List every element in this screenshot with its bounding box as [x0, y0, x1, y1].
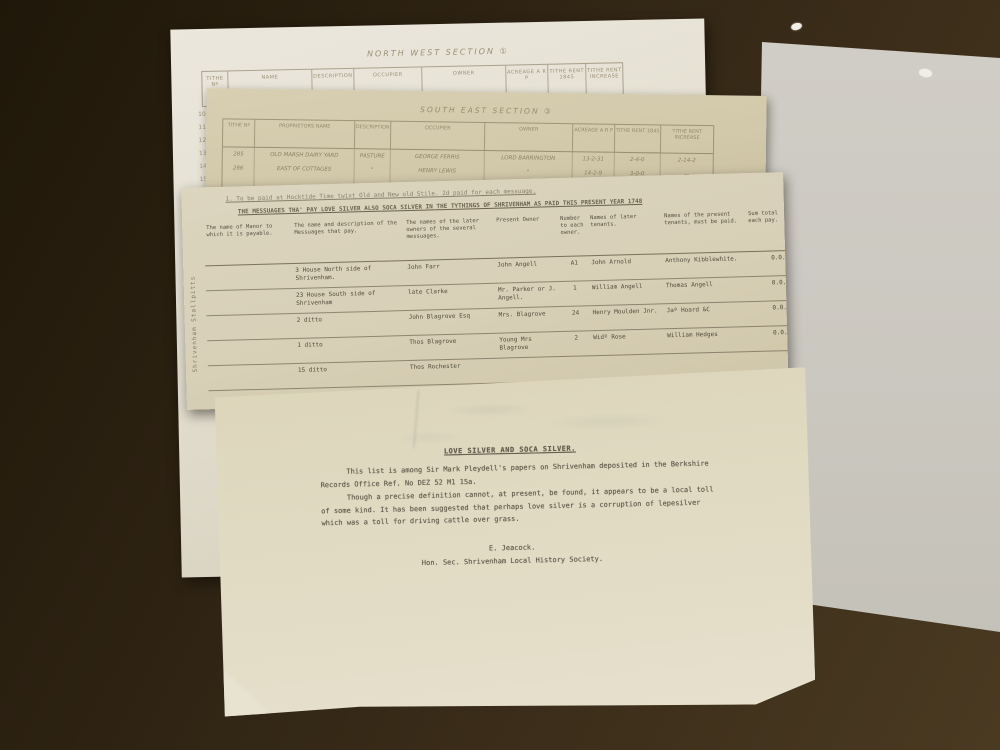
- table-cell: Anthony Kibblewhite.: [663, 252, 748, 279]
- sheet-title: NORTH WEST SECTION ①: [171, 42, 705, 62]
- messuages-table: The name of Manor to which it is payable…: [204, 208, 789, 391]
- paper-speck: [790, 22, 802, 32]
- table-cell: 0.0.6: [748, 301, 788, 327]
- table-cell: 286: [223, 161, 255, 175]
- table-cell: GEORGE FERRIS: [391, 150, 485, 165]
- table-cell: William Hedges: [665, 327, 750, 354]
- column-header: Names of later tenants.: [588, 211, 663, 256]
- table-cell: John Angell: [495, 257, 560, 284]
- table-cell: [207, 314, 296, 341]
- table-cell: 13-2-31: [573, 152, 615, 167]
- signature-block: E. Jeacock. Hon. Sec. Shrivenham Local H…: [212, 535, 812, 575]
- column-header: TITHE RENT 1845: [615, 125, 661, 154]
- column-header: Number to each owner.: [558, 213, 589, 257]
- table-cell: [207, 339, 296, 366]
- sheet-title: SOUTH EAST SECTION ③: [206, 102, 766, 119]
- table-cell: LORD BARRINGTON: [485, 151, 573, 166]
- table-cell: [205, 264, 294, 291]
- column-header: Present Owner: [494, 214, 559, 259]
- table-cell: 2-4-0: [615, 153, 661, 168]
- table-cell: Thomas Angell: [664, 277, 749, 304]
- table-cell: Thos Blagrove: [407, 334, 498, 361]
- table-cell: [498, 357, 563, 384]
- table-cell: HENRY LEWIS: [391, 164, 485, 179]
- column-header: PROPRIETORS NAME: [255, 120, 355, 149]
- table-cell: John Farr: [405, 259, 496, 286]
- table-cell: OLD MARSH DAIRY YARD: [255, 148, 355, 163]
- table-cell: 0.0.2: [748, 276, 789, 302]
- payment-note-line: 1. To be paid at Hocktide Time twixt Old…: [225, 188, 536, 203]
- row-number: 11: [198, 124, 206, 131]
- table-cell: EAST OF COTTAGES: [255, 162, 355, 177]
- photograph-of-documents: NORTH WEST SECTION ① TITHE Nº NAME DESCR…: [0, 0, 1000, 750]
- table-cell: John Arnold: [589, 254, 664, 281]
- table-cell: late Clarke: [406, 284, 497, 311]
- table-cell: [206, 289, 295, 316]
- column-header: ACREAGE A R P: [573, 124, 615, 153]
- table-cell: William Angell: [590, 279, 665, 306]
- table-cell: PASTURE: [355, 149, 391, 164]
- column-header: DESCRIPTION: [355, 121, 391, 149]
- table-cell: 3 House North side of Shrivenham.: [293, 261, 406, 289]
- table-cell: John Blagrove Esq: [406, 309, 497, 336]
- row-number: 10: [198, 111, 206, 118]
- column-header: OWNER: [485, 123, 573, 152]
- table-cell: Mrs. Blagrove: [496, 307, 561, 334]
- table-cell: 23 House South side of Shrivenham: [294, 286, 407, 314]
- column-header: The names of the later owners of the sev…: [404, 216, 495, 261]
- table-cell: 1: [560, 281, 591, 307]
- table-cell: ": [355, 163, 391, 178]
- note-body: This list is among Sir Mark Pleydell's p…: [320, 457, 721, 531]
- table-cell: 285: [223, 147, 255, 161]
- table-cell: 2-14-2: [661, 153, 713, 168]
- table-cell: Widº Rose: [591, 329, 666, 356]
- note-paragraph: Though a precise definition cannot, at p…: [321, 483, 722, 530]
- column-header: TITHE RENT INCREASE: [661, 125, 713, 154]
- table-cell: Thos Rochester: [408, 359, 499, 386]
- table-cell: A1: [559, 256, 590, 282]
- table-cell: 24: [560, 306, 591, 332]
- column-header: Names of the present tenants, must be pa…: [662, 209, 747, 254]
- table-cell: [562, 356, 593, 382]
- column-header: TITHE Nº: [223, 119, 255, 147]
- table-cell: Jaº Hoard &C: [664, 302, 749, 329]
- table-cell: Henry Moulden Jnr.: [590, 304, 665, 331]
- table-cell: [208, 364, 297, 391]
- manor-name-vertical: Shrivenham Stallpitts: [189, 276, 199, 373]
- column-header: OCCUPIER: [391, 122, 485, 151]
- table-cell: 15 ditto: [296, 361, 409, 389]
- paper-fold: [215, 669, 286, 717]
- column-header: The name and description of the Messuage…: [292, 218, 405, 264]
- column-header: The name of Manor to which it is payable…: [204, 221, 293, 266]
- table-cell: 1 ditto: [295, 336, 408, 364]
- table-cell: Mr. Parker or J. Angell.: [496, 282, 561, 309]
- table-cell: Young Mrs Blagrove: [497, 332, 562, 359]
- table-cell: 2 ditto: [295, 311, 408, 339]
- table-cell: 0.0.2: [747, 251, 789, 277]
- table-cell: 2: [561, 331, 592, 357]
- table-cell: 0.0.4: [749, 326, 789, 352]
- column-header: Sum total each pay.: [746, 208, 789, 252]
- document-sheet-love-silver-note: LOVE SILVER AND SOCA SILVER. This list i…: [208, 367, 815, 717]
